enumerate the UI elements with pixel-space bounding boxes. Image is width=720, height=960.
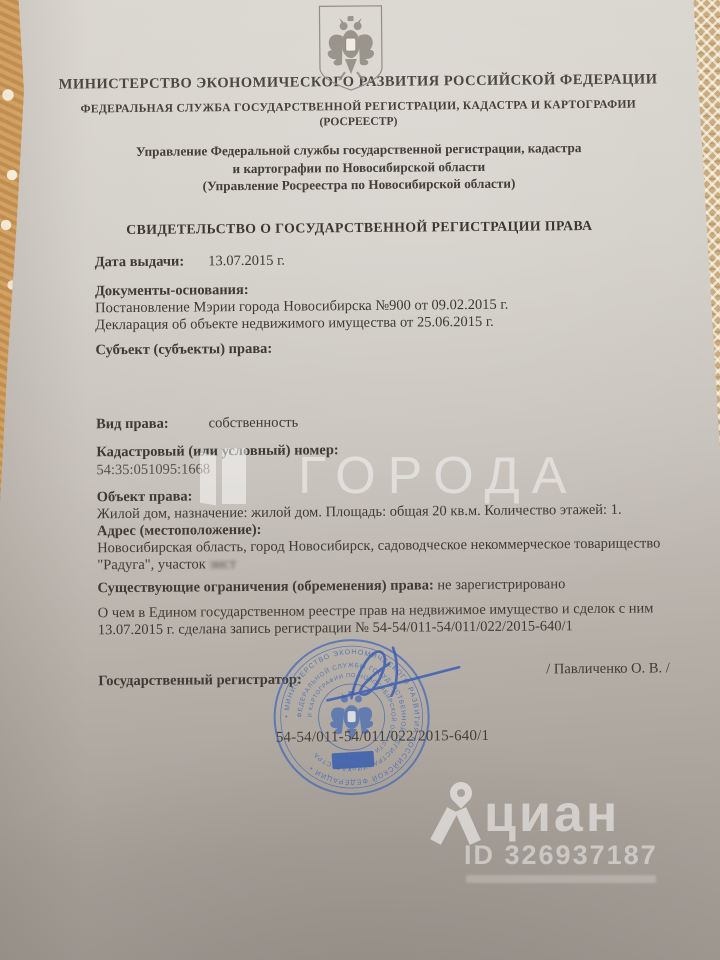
watermark-fineprint-blur — [466, 875, 656, 883]
header-office: Управление Федеральной службы государств… — [0, 138, 719, 197]
issue-date-label: Дата выдачи: — [95, 254, 185, 271]
coat-of-arms-icon — [314, 4, 387, 93]
registration-number: 54-54/011-54/011/022/2015-640/1 — [276, 728, 490, 747]
address-line2-prefix: "Радуга", участок — [97, 556, 209, 573]
address-redacted-fragment: эист — [209, 556, 236, 572]
subject-label: Субъект (субъекты) права: — [95, 337, 680, 359]
registrar-name: / Павличенко О. В. / — [546, 660, 670, 678]
restrictions-value: не зарегистрировано — [434, 576, 566, 593]
goroda-icon-right-panel — [222, 448, 246, 504]
registrar-signature — [309, 629, 490, 717]
cian-legs-icon — [436, 808, 480, 842]
right-type-value: собственность — [209, 415, 299, 432]
goroda-logo-icon — [200, 448, 246, 504]
watermark-cian-id: ID 326937187 — [464, 840, 658, 871]
document-title: СВИДЕТЕЛЬСТВО О ГОСУДАРСТВЕННОЙ РЕГИСТРА… — [0, 217, 719, 239]
watermark-goroda-text: ГОРОДА — [298, 448, 578, 504]
goroda-icon-left-panel — [200, 453, 216, 506]
field-issue-date: Дата выдачи:13.07.2015 г. — [95, 249, 680, 271]
issue-date-value: 13.07.2015 г. — [208, 253, 285, 270]
stamp-ink-patch — [332, 751, 375, 770]
watermark-cian-text: циан — [484, 784, 620, 844]
field-restrictions: Существующие ограничения (обременения) п… — [97, 575, 682, 597]
restrictions-label: Существующие ограничения (обременения) п… — [97, 577, 433, 596]
watermark-goroda: ГОРОДА — [200, 448, 578, 504]
pin-hole — [457, 789, 465, 797]
field-right-type: Вид права:собственность — [96, 411, 681, 433]
right-type-label: Вид права: — [96, 416, 169, 433]
